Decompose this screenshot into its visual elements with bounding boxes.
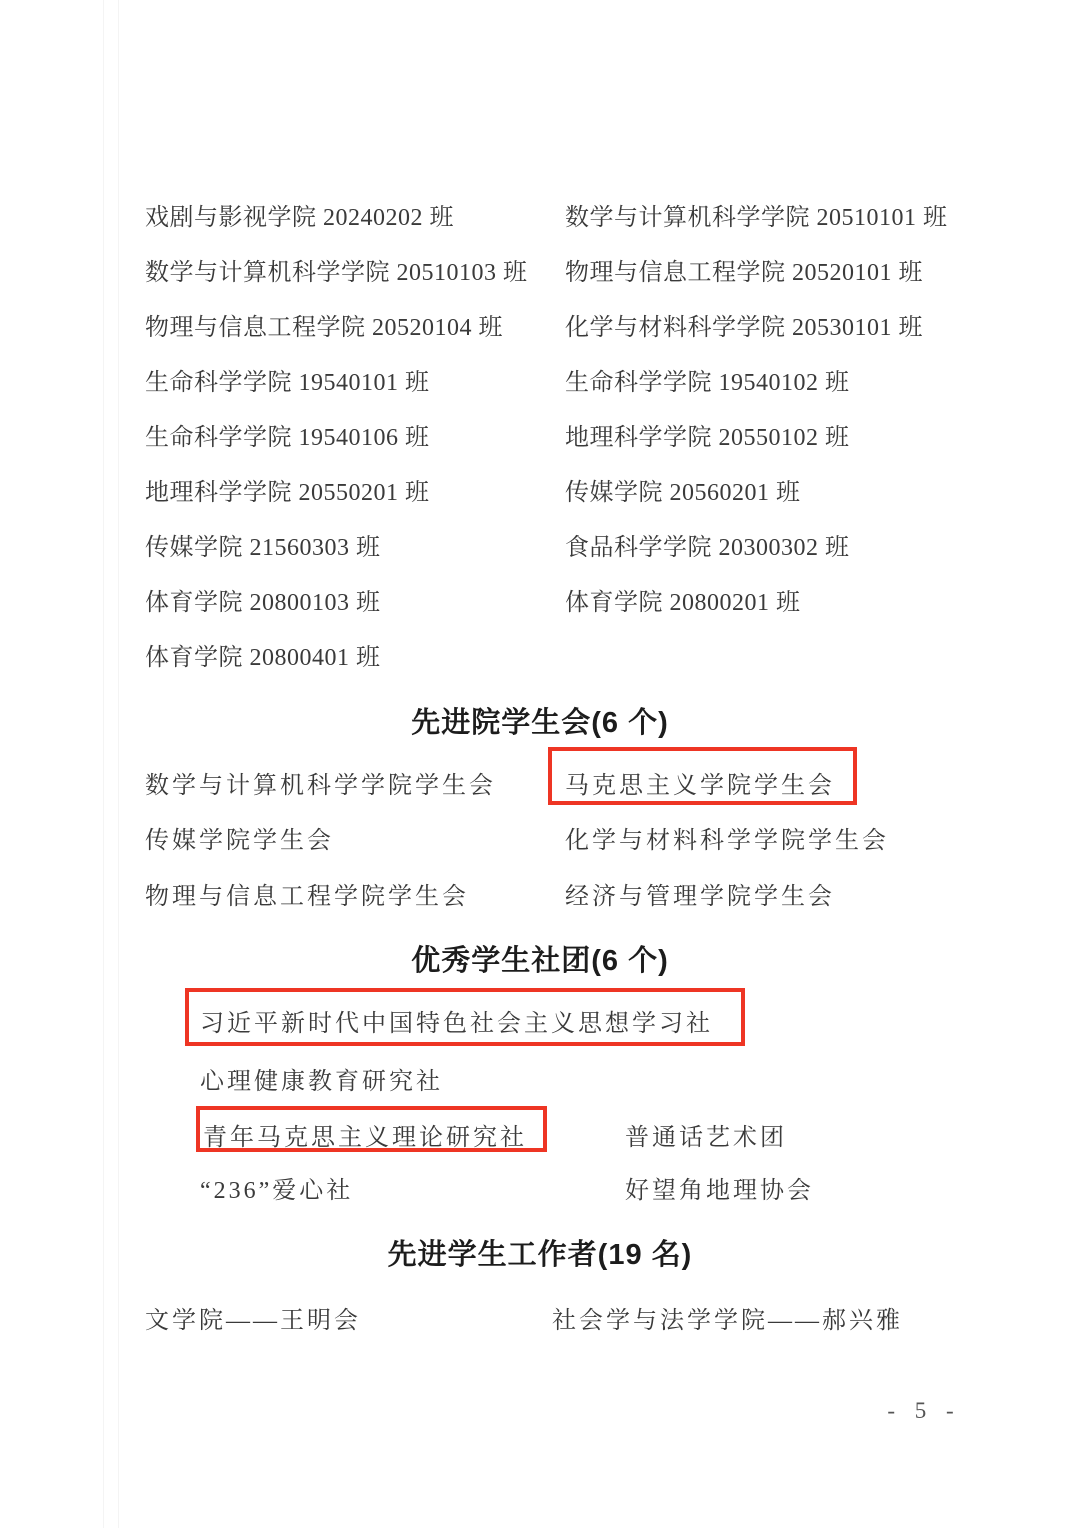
class-row: 体育学院 20800401 班 [145, 637, 960, 671]
class-row: 数学与计算机科学学院 20510103 班 物理与信息工程学院 20520101… [145, 252, 960, 286]
union-row: 数学与计算机科学学院学生会 马克思主义学院学生会 [145, 765, 960, 799]
club-name-highlighted: 青年马克思主义理论研究社 [196, 1106, 547, 1152]
club-row: 青年马克思主义理论研究社 普通话艺术团 [145, 1117, 960, 1151]
union-row: 传媒学院学生会 化学与材料科学学院学生会 [145, 820, 960, 854]
club-row: 心理健康教育研究社 [145, 1061, 960, 1095]
class-name: 地理科学学院 20550201 班 [145, 472, 430, 507]
class-name: 体育学院 20800401 班 [145, 637, 381, 672]
class-name: 数学与计算机科学学院 20510103 班 [145, 252, 528, 287]
class-name: 生命科学学院 19540101 班 [145, 362, 430, 397]
club-name-highlighted: 习近平新时代中国特色社会主义思想学习社 [185, 988, 745, 1046]
class-row: 地理科学学院 20550201 班 传媒学院 20560201 班 [145, 472, 960, 506]
worker-name: 社会学与法学学院——郝兴雅 [552, 1300, 903, 1335]
section-heading-unions: 先进院学生会(6 个) [0, 700, 1080, 741]
union-name: 经济与管理学院学生会 [565, 876, 835, 911]
section-heading-workers: 先进学生工作者(19 名) [0, 1232, 1080, 1273]
class-name: 传媒学院 20560201 班 [565, 472, 801, 507]
class-name: 传媒学院 21560303 班 [145, 527, 381, 562]
worker-row: 文学院——王明会 社会学与法学学院——郝兴雅 [145, 1300, 960, 1334]
class-name: 体育学院 20800103 班 [145, 582, 381, 617]
class-row: 生命科学学院 19540106 班 地理科学学院 20550102 班 [145, 417, 960, 451]
class-name: 戏剧与影视学院 20240202 班 [145, 197, 454, 232]
class-row: 体育学院 20800103 班 体育学院 20800201 班 [145, 582, 960, 616]
union-name: 数学与计算机科学学院学生会 [145, 765, 496, 800]
class-name: 化学与材料科学学院 20530101 班 [565, 307, 923, 342]
club-name: 普通话艺术团 [625, 1117, 787, 1152]
club-name: 好望角地理协会 [625, 1170, 814, 1205]
section-heading-clubs: 优秀学生社团(6 个) [0, 938, 1080, 979]
club-name: 心理健康教育研究社 [200, 1061, 443, 1096]
scan-artifact-line [103, 0, 104, 1528]
class-name: 体育学院 20800201 班 [565, 582, 801, 617]
class-row: 生命科学学院 19540101 班 生命科学学院 19540102 班 [145, 362, 960, 396]
page-number: - 5 - [868, 1398, 980, 1424]
union-row: 物理与信息工程学院学生会 经济与管理学院学生会 [145, 876, 960, 910]
document-page: 戏剧与影视学院 20240202 班 数学与计算机科学学院 20510101 班… [0, 0, 1080, 1528]
scan-artifact-line [118, 0, 119, 1528]
union-name: 传媒学院学生会 [145, 820, 334, 855]
class-name: 物理与信息工程学院 20520101 班 [565, 252, 923, 287]
class-name: 食品科学学院 20300302 班 [565, 527, 850, 562]
union-name: 物理与信息工程学院学生会 [145, 876, 469, 911]
class-name: 物理与信息工程学院 20520104 班 [145, 307, 503, 342]
union-name: 化学与材料科学学院学生会 [565, 820, 889, 855]
class-row: 物理与信息工程学院 20520104 班 化学与材料科学学院 20530101 … [145, 307, 960, 341]
club-row: 习近平新时代中国特色社会主义思想学习社 [145, 1003, 960, 1037]
class-row: 戏剧与影视学院 20240202 班 数学与计算机科学学院 20510101 班 [145, 197, 960, 231]
union-name-highlighted: 马克思主义学院学生会 [548, 747, 857, 805]
class-row: 传媒学院 21560303 班 食品科学学院 20300302 班 [145, 527, 960, 561]
class-name: 生命科学学院 19540106 班 [145, 417, 430, 452]
class-name: 生命科学学院 19540102 班 [565, 362, 850, 397]
worker-name: 文学院——王明会 [145, 1300, 361, 1335]
class-name: 地理科学学院 20550102 班 [565, 417, 850, 452]
class-name: 数学与计算机科学学院 20510101 班 [565, 197, 948, 232]
club-name: “236”爱心社 [200, 1170, 353, 1205]
club-row: “236”爱心社 好望角地理协会 [145, 1170, 960, 1204]
